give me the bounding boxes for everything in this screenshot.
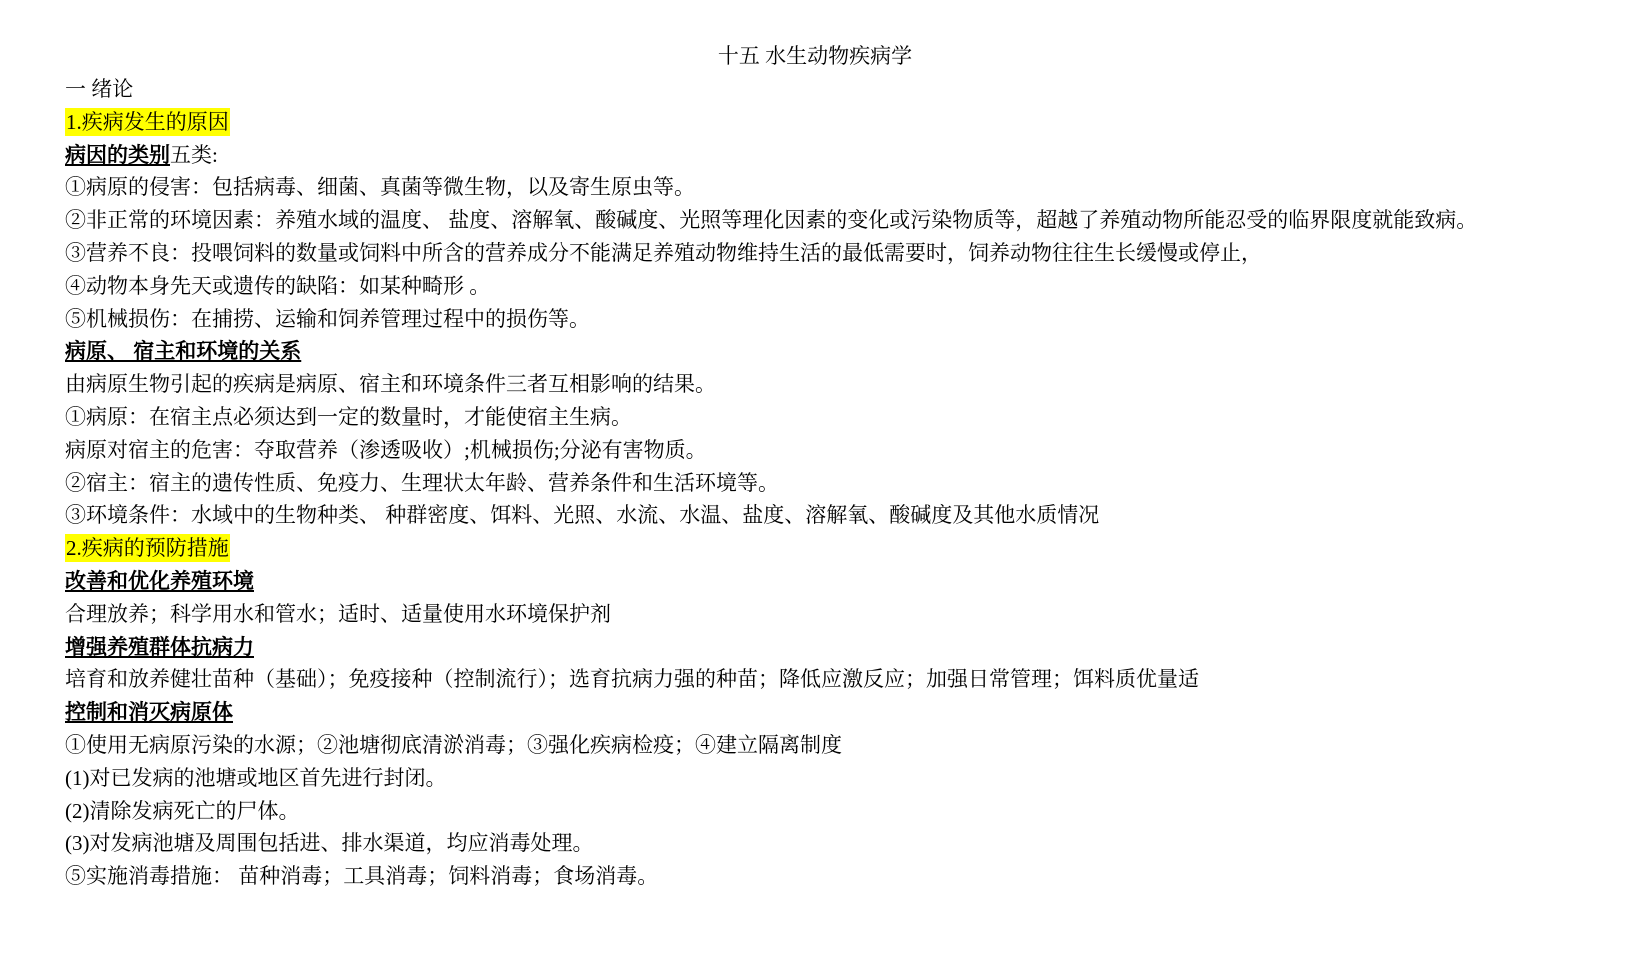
heading-text-run: 控制和消灭病原体 [65, 700, 233, 724]
paragraph: ②非正常的环境因素：养殖水域的温度、 盐度、溶解氧、酸碱度、光照等理化因素的变化… [65, 204, 1590, 237]
paragraph: 改善和优化养殖环境 [65, 565, 1590, 598]
paragraph: ⑤实施消毒措施： 苗种消毒；工具消毒；饲料消毒；食场消毒。 [65, 860, 1590, 893]
heading-text-run: 改善和优化养殖环境 [65, 569, 254, 593]
text-run: (3)对发病池塘及周围包括进、排水渠道，均应消毒处理。 [65, 831, 593, 855]
text-run: 五类: [170, 143, 218, 167]
paragraph: ①病原的侵害：包括病毒、细菌、真菌等微生物，以及寄生原虫等。 [65, 171, 1590, 204]
paragraph: (2)清除发病死亡的尸体。 [65, 795, 1590, 828]
document-body: 一 绪论1.疾病发生的原因病因的类别五类:①病原的侵害：包括病毒、细菌、真菌等微… [65, 73, 1590, 893]
text-run: ③营养不良：投喂饲料的数量或饲料中所含的营养成分不能满足养殖动物维持生活的最低需… [65, 241, 1262, 265]
text-run: 培育和放养健壮苗种（基础）；免疫接种（控制流行）；选育抗病力强的种苗；降低应激反… [65, 667, 1199, 691]
text-run: 一 绪论 [65, 77, 133, 101]
paragraph: 一 绪论 [65, 73, 1590, 106]
paragraph: 由病原生物引起的疾病是病原、宿主和环境条件三者互相影响的结果。 [65, 368, 1590, 401]
text-run: ①病原：在宿主点必须达到一定的数量时，才能使宿主生病。 [65, 405, 632, 429]
paragraph: 1.疾病发生的原因 [65, 106, 1590, 139]
document-page: 十五 水生动物疾病学 一 绪论1.疾病发生的原因病因的类别五类:①病原的侵害：包… [0, 0, 1630, 962]
paragraph: 2.疾病的预防措施 [65, 532, 1590, 565]
paragraph: 增强养殖群体抗病力 [65, 631, 1590, 664]
text-run: ①使用无病原污染的水源；②池塘彻底清淤消毒；③强化疾病检疫；④建立隔离制度 [65, 733, 842, 757]
paragraph: ④动物本身先天或遗传的缺陷：如某种畸形 。 [65, 270, 1590, 303]
text-run: (2)清除发病死亡的尸体。 [65, 799, 300, 823]
heading-text-run: 增强养殖群体抗病力 [65, 635, 254, 659]
paragraph: (1)对已发病的池塘或地区首先进行封闭。 [65, 762, 1590, 795]
paragraph: ①使用无病原污染的水源；②池塘彻底清淤消毒；③强化疾病检疫；④建立隔离制度 [65, 729, 1590, 762]
highlighted-text-run: 2.疾病的预防措施 [65, 534, 230, 562]
paragraph: ①病原：在宿主点必须达到一定的数量时，才能使宿主生病。 [65, 401, 1590, 434]
paragraph: ②宿主：宿主的遗传性质、免疫力、生理状太年龄、营养条件和生活环境等。 [65, 467, 1590, 500]
highlighted-text-run: 1.疾病发生的原因 [65, 108, 230, 136]
text-run: 由病原生物引起的疾病是病原、宿主和环境条件三者互相影响的结果。 [65, 372, 716, 396]
text-run: ①病原的侵害：包括病毒、细菌、真菌等微生物，以及寄生原虫等。 [65, 175, 695, 199]
text-run: ⑤实施消毒措施： 苗种消毒；工具消毒；饲料消毒；食场消毒。 [65, 864, 658, 888]
paragraph: 病原、 宿主和环境的关系 [65, 335, 1590, 368]
text-run: ④动物本身先天或遗传的缺陷：如某种畸形 。 [65, 274, 490, 298]
text-run: (1)对已发病的池塘或地区首先进行封闭。 [65, 766, 447, 790]
paragraph: ③环境条件：水域中的生物种类、 种群密度、饵料、光照、水流、水温、盐度、溶解氧、… [65, 499, 1590, 532]
text-run: ⑤机械损伤：在捕捞、运输和饲养管理过程中的损伤等。 [65, 307, 590, 331]
paragraph: 合理放养；科学用水和管水；适时、适量使用水环境保护剂 [65, 598, 1590, 631]
paragraph: 控制和消灭病原体 [65, 696, 1590, 729]
text-run: ②宿主：宿主的遗传性质、免疫力、生理状太年龄、营养条件和生活环境等。 [65, 471, 779, 495]
paragraph: ③营养不良：投喂饲料的数量或饲料中所含的营养成分不能满足养殖动物维持生活的最低需… [65, 237, 1590, 270]
text-run: ②非正常的环境因素：养殖水域的温度、 盐度、溶解氧、酸碱度、光照等理化因素的变化… [65, 208, 1477, 232]
text-run: 病原对宿主的危害：夺取营养（渗透吸收）;机械损伤;分泌有害物质。 [65, 438, 707, 462]
text-run: 合理放养；科学用水和管水；适时、适量使用水环境保护剂 [65, 602, 611, 626]
text-run: ③环境条件：水域中的生物种类、 种群密度、饵料、光照、水流、水温、盐度、溶解氧、… [65, 503, 1099, 527]
heading-text-run: 病原、 宿主和环境的关系 [65, 339, 301, 363]
paragraph: 培育和放养健壮苗种（基础）；免疫接种（控制流行）；选育抗病力强的种苗；降低应激反… [65, 663, 1590, 696]
paragraph: 病因的类别五类: [65, 139, 1590, 172]
heading-text-run: 病因的类别 [65, 143, 170, 167]
paragraph: ⑤机械损伤：在捕捞、运输和饲养管理过程中的损伤等。 [65, 303, 1590, 336]
paragraph: 病原对宿主的危害：夺取营养（渗透吸收）;机械损伤;分泌有害物质。 [65, 434, 1590, 467]
paragraph: (3)对发病池塘及周围包括进、排水渠道，均应消毒处理。 [65, 827, 1590, 860]
document-title: 十五 水生动物疾病学 [65, 40, 1565, 73]
